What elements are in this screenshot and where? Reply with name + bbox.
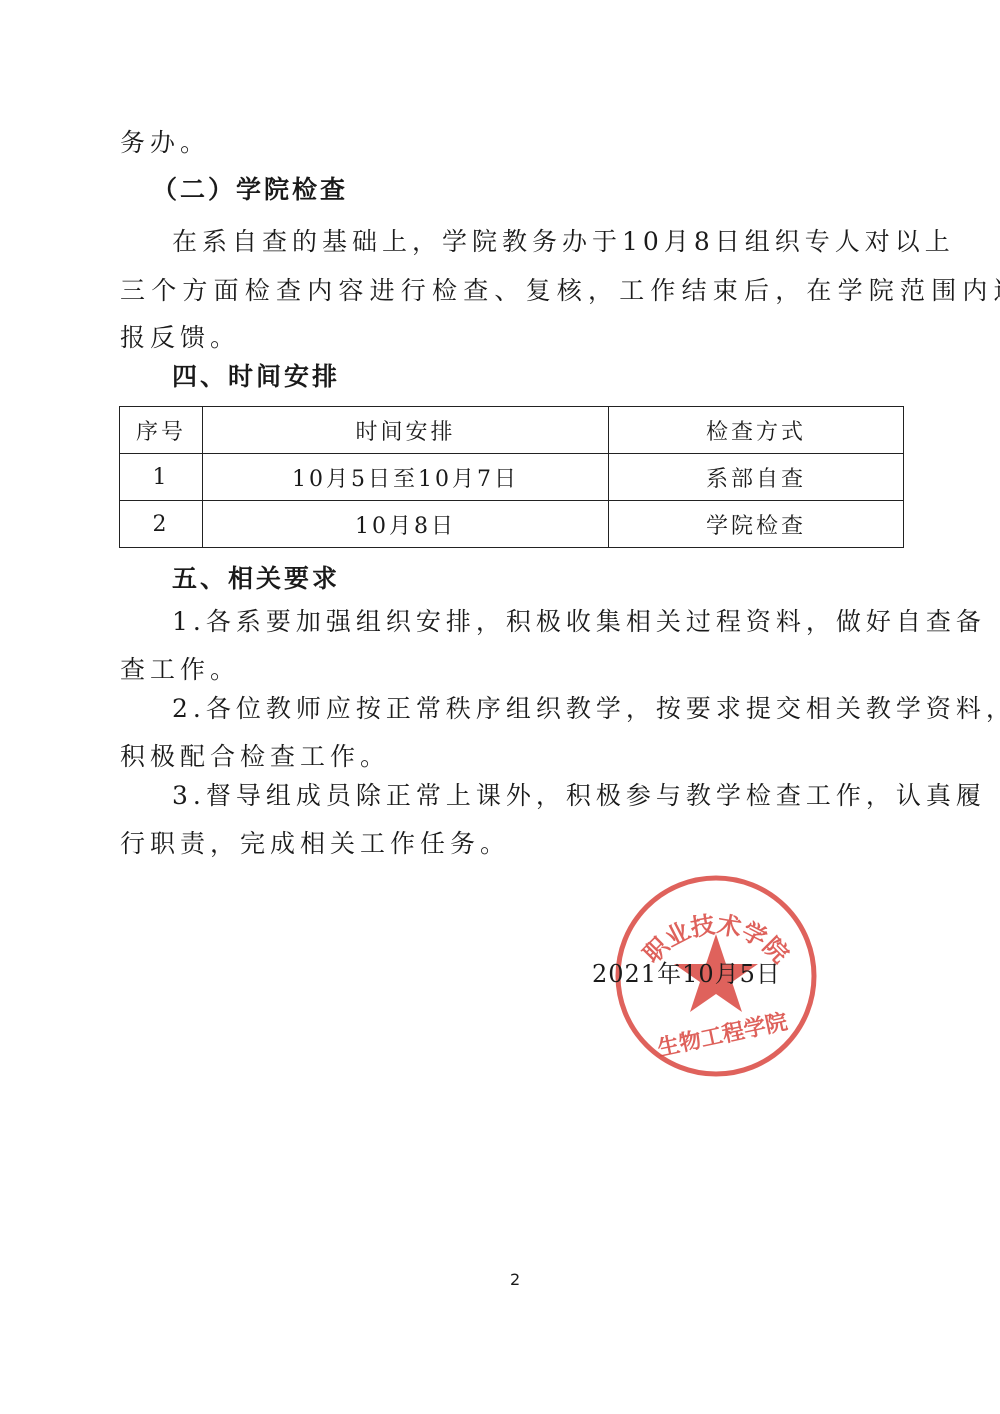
table-row: 1 10月5日至10月7日 系部自查: [120, 454, 904, 501]
page-number: 2: [510, 1270, 520, 1289]
section-5-heading: 五、相关要求: [172, 564, 340, 594]
section-4-heading: 四、时间安排: [172, 362, 340, 392]
header-cell-time: 时间安排: [203, 407, 609, 454]
requirement-3-line-1: 3.督导组成员除正常上课外，积极参与教学检查工作，认真履: [172, 781, 986, 811]
requirement-1-line-1: 1.各系要加强组织安排，积极收集相关过程资料，做好自查备: [172, 607, 986, 637]
table-header-row: 序号 时间安排 检查方式: [120, 407, 904, 454]
schedule-table: 序号 时间安排 检查方式 1 10月5日至10月7日 系部自查 2 10月8日 …: [119, 406, 904, 548]
header-cell-index: 序号: [120, 407, 203, 454]
section-2-paragraph-line-2: 三个方面检查内容进行检查、复核，工作结束后，在学院范围内通: [120, 276, 1000, 306]
document-page: 务办。 （二）学院检查 在系自查的基础上，学院教务办于10月8日组织专人对以上 …: [0, 0, 1000, 1414]
requirement-2-line-1: 2.各位教师应按正常秩序组织教学，按要求提交相关教学资料，: [172, 694, 1000, 724]
document-date: 2021年10月5日: [592, 954, 781, 989]
section-2-paragraph-line-3: 报反馈。: [120, 323, 240, 353]
section-2-heading: （二）学院检查: [152, 175, 348, 205]
cell-index: 1: [120, 454, 203, 501]
cell-time: 10月8日: [203, 501, 609, 548]
continued-text: 务办。: [120, 128, 210, 158]
cell-method: 学院检查: [609, 501, 904, 548]
cell-time: 10月5日至10月7日: [203, 454, 609, 501]
requirement-2-line-2: 积极配合检查工作。: [120, 742, 390, 772]
table-row: 2 10月8日 学院检查: [120, 501, 904, 548]
requirement-3-line-2: 行职责，完成相关工作任务。: [120, 829, 510, 859]
requirement-1-line-2: 查工作。: [120, 655, 240, 685]
seal-bottom-text: 生物工程学院: [655, 1009, 790, 1062]
cell-method: 系部自查: [609, 454, 904, 501]
section-2-paragraph-line-1: 在系自查的基础上，学院教务办于10月8日组织专人对以上: [172, 227, 955, 257]
header-cell-method: 检查方式: [609, 407, 904, 454]
cell-index: 2: [120, 501, 203, 548]
